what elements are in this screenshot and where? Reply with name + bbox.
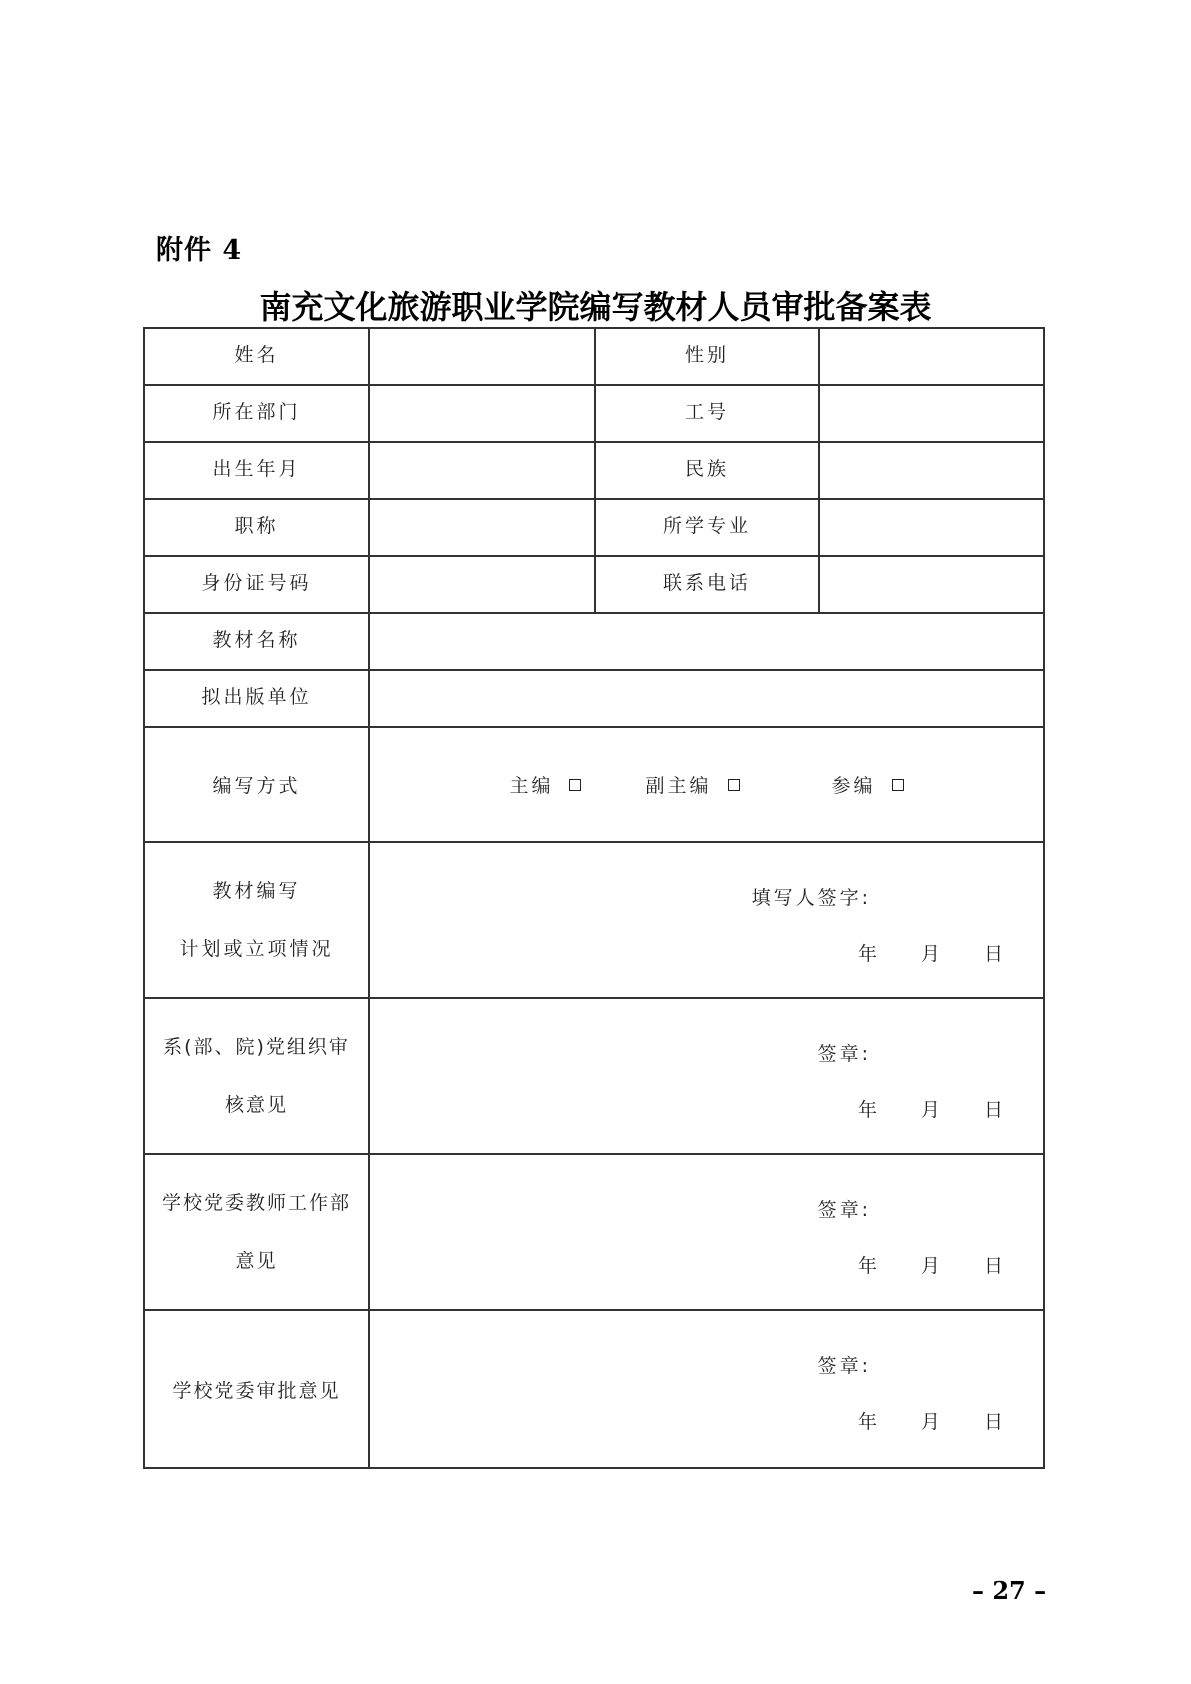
party-committee-approval-field[interactable]: 签章: 年 月 日 xyxy=(369,1310,1044,1468)
label-cell: 系(部、院)党组织审 核意见 xyxy=(144,998,369,1154)
attachment-label: 附件 4 xyxy=(156,228,242,267)
form-row-dept-party-review: 系(部、院)党组织审 核意见 签章: 年 月 日 xyxy=(144,998,1044,1154)
teacher-work-dept-field[interactable]: 签章: 年 月 日 xyxy=(369,1154,1044,1310)
label-cell: 所在部门 xyxy=(144,385,369,442)
form-title: 南充文化旅游职业学院编写教材人员审批备案表 xyxy=(0,282,1191,328)
gender-field[interactable] xyxy=(819,328,1044,385)
employee-id-field[interactable] xyxy=(819,385,1044,442)
approval-form-table: 姓名 性别 所在部门 工号 出生年月 民族 职称 所学专业 身份证号码 联系电话 xyxy=(143,327,1045,1469)
seal-label: 签章: xyxy=(818,1195,871,1222)
date-line: 年 月 日 xyxy=(858,1251,1003,1278)
option-contributor[interactable]: 参编 xyxy=(832,771,904,798)
label-cell: 教材编写 计划或立项情况 xyxy=(144,842,369,998)
label-cell: 工号 xyxy=(595,385,819,442)
seal-label: 签章: xyxy=(818,1351,871,1378)
label-cell: 联系电话 xyxy=(595,556,819,613)
form-row-name-gender: 姓名 性别 xyxy=(144,328,1044,385)
checkbox-icon[interactable] xyxy=(569,779,581,791)
birth-date-field[interactable] xyxy=(369,442,595,499)
seal-label: 签章: xyxy=(818,1039,871,1066)
publisher-field[interactable] xyxy=(369,670,1044,727)
date-line: 年 月 日 xyxy=(858,1095,1003,1122)
professional-title-field[interactable] xyxy=(369,499,595,556)
form-row-teacher-work-dept: 学校党委教师工作部 意见 签章: 年 月 日 xyxy=(144,1154,1044,1310)
option-deputy-editor[interactable]: 副主编 xyxy=(645,771,739,798)
form-row-title-major: 职称 所学专业 xyxy=(144,499,1044,556)
form-row-party-committee-approval: 学校党委审批意见 签章: 年 月 日 xyxy=(144,1310,1044,1468)
label-cell: 性别 xyxy=(595,328,819,385)
checkbox-icon[interactable] xyxy=(892,779,904,791)
label-cell: 教材名称 xyxy=(144,613,369,670)
writing-method-options: 主编 副主编 参编 xyxy=(369,727,1044,842)
major-field[interactable] xyxy=(819,499,1044,556)
label-cell: 拟出版单位 xyxy=(144,670,369,727)
label-cell: 编写方式 xyxy=(144,727,369,842)
form-row-birth-ethnicity: 出生年月 民族 xyxy=(144,442,1044,499)
label-cell: 职称 xyxy=(144,499,369,556)
label-cell: 身份证号码 xyxy=(144,556,369,613)
form-row-plan-status: 教材编写 计划或立项情况 填写人签字: 年 月 日 xyxy=(144,842,1044,998)
department-field[interactable] xyxy=(369,385,595,442)
checkbox-icon[interactable] xyxy=(728,779,740,791)
option-chief-editor[interactable]: 主编 xyxy=(509,771,581,798)
form-row-writing-method: 编写方式 主编 副主编 参编 xyxy=(144,727,1044,842)
page-number: – 27 – xyxy=(972,1576,1046,1605)
form-row-id-phone: 身份证号码 联系电话 xyxy=(144,556,1044,613)
textbook-name-field[interactable] xyxy=(369,613,1044,670)
date-line: 年 月 日 xyxy=(858,1407,1003,1434)
plan-status-field[interactable]: 填写人签字: 年 月 日 xyxy=(369,842,1044,998)
form-row-publisher: 拟出版单位 xyxy=(144,670,1044,727)
dept-party-review-field[interactable]: 签章: 年 月 日 xyxy=(369,998,1044,1154)
form-row-textbook-name: 教材名称 xyxy=(144,613,1044,670)
signature-label: 填写人签字: xyxy=(752,883,871,910)
phone-field[interactable] xyxy=(819,556,1044,613)
ethnicity-field[interactable] xyxy=(819,442,1044,499)
label-cell: 姓名 xyxy=(144,328,369,385)
label-cell: 所学专业 xyxy=(595,499,819,556)
label-cell: 民族 xyxy=(595,442,819,499)
label-cell: 出生年月 xyxy=(144,442,369,499)
label-cell: 学校党委教师工作部 意见 xyxy=(144,1154,369,1310)
name-field[interactable] xyxy=(369,328,595,385)
id-number-field[interactable] xyxy=(369,556,595,613)
date-line: 年 月 日 xyxy=(858,939,1003,966)
form-row-department-id: 所在部门 工号 xyxy=(144,385,1044,442)
label-cell: 学校党委审批意见 xyxy=(144,1310,369,1468)
